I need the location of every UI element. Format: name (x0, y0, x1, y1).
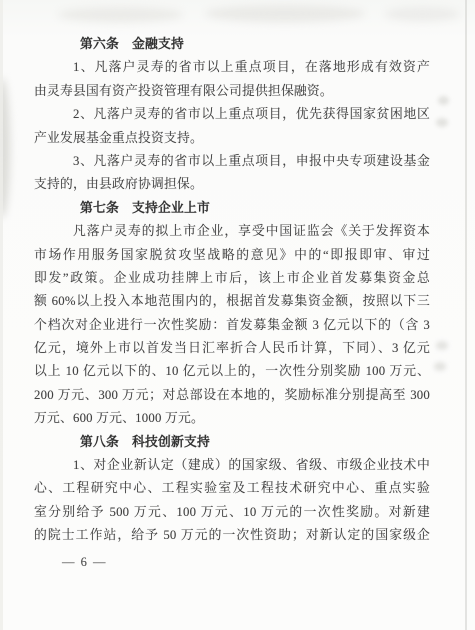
text-line: 亿元，境外上市以首发当日汇率折合人民币计算，下同）、3 亿元 (34, 337, 430, 360)
article-heading: 第八条 科技创新支持 (34, 431, 430, 454)
bleed-through-artifact (434, 362, 446, 371)
page-number: — 6 — (62, 552, 107, 572)
page-edge-shadow (465, 0, 467, 630)
text-line: 3、凡落户灵寿的省市以上重点项目，申报中央专项建设基金 (34, 150, 430, 173)
bleed-through-artifact (436, 118, 448, 127)
bleed-through-artifact (58, 7, 183, 22)
text-line: 室分别给予 500 万元、100 万元、10 万元的一次性奖励。对新建 (34, 501, 430, 524)
text-line: 即发”政策。企业成功挂牌上市后，该上市企业首发募集资金总 (34, 267, 430, 290)
page-left-edge (0, 0, 3, 630)
text-line: 由灵寿县国有资产投资管理有限公司提供担保融资。 (34, 80, 430, 103)
text-line: 1、对企业新认定（建成）的国家级、省级、市级企业技术中 (34, 454, 430, 477)
document-page: 第六条 金融支持1、凡落户灵寿的省市以上重点项目，在落地形成有效资产前，由灵寿县… (0, 0, 475, 630)
article-heading: 第六条 金融支持 (34, 33, 430, 56)
text-line: 万元、600 万元、1000 万元。 (34, 407, 430, 430)
bleed-through-artifact (205, 5, 365, 22)
document-text-block: 第六条 金融支持1、凡落户灵寿的省市以上重点项目，在落地形成有效资产前，由灵寿县… (34, 33, 430, 548)
text-line: 心、工程研究中心、工程实验室及工程技术研究中心、重点实验 (34, 477, 430, 500)
text-line: 产业发展基金重点投资支持。 (34, 127, 430, 150)
text-line: 个档次对企业进行一次性奖励：首发募集金额 3 亿元以下的（含 3 (34, 314, 430, 337)
bleed-through-artifact (385, 7, 460, 21)
text-line: 200 万元、300 万元；对总部设在本地的，奖励标准分别提高至 300 (34, 384, 430, 407)
text-line: 1、凡落户灵寿的省市以上重点项目，在落地形成有效资产前， (34, 56, 430, 79)
text-line: 以上 10 亿元以下的、10 亿元以上的，一次性分别奖励 100 万元、 (34, 360, 430, 383)
text-line: 额 60%以上投入本地范围内的，根据首发募集资金额，按照以下三 (34, 290, 430, 313)
text-line: 凡落户灵寿的拟上市企业，享受中国证监会《关于发挥资本 (34, 220, 430, 243)
bleed-through-artifact (438, 96, 449, 105)
text-line: 2、凡落户灵寿的省市以上重点项目，优先获得国家贫困地区 (34, 103, 430, 126)
bleed-through-artifact (436, 341, 448, 350)
text-line: 市场作用服务国家脱贫攻坚战略的意见》中的“即报即审、审过 (34, 244, 430, 267)
article-heading: 第七条 支持企业上市 (34, 197, 430, 220)
text-line: 支持的，由县政府协调担保。 (34, 173, 430, 196)
text-line: 的院士工作站，给予 50 万元的一次性资助；对新认定的国家级企 (34, 524, 430, 547)
